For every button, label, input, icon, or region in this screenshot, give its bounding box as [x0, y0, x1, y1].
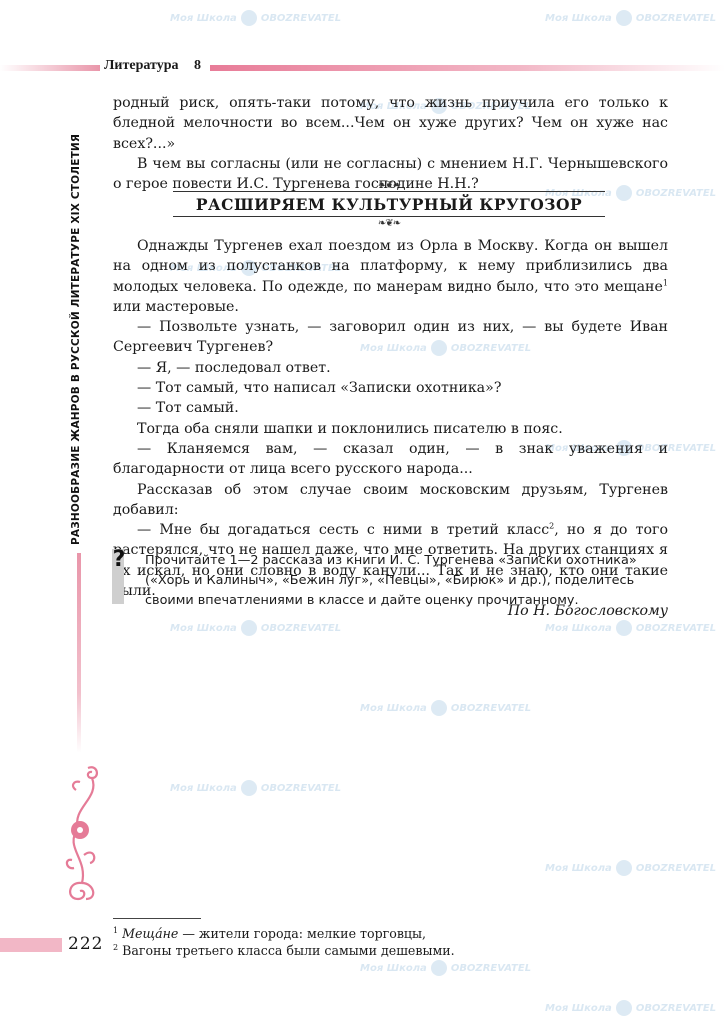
story-paragraph: — Тот самый, что написал «Записки охотни…	[113, 378, 668, 398]
story-paragraph: — Тот самый.	[113, 398, 668, 418]
watermark: Моя ШколаOBOZREVATEL	[170, 780, 341, 796]
ornament-top-icon: ❧❦❧	[378, 180, 400, 191]
story-paragraph: — Я, — последовал ответ.	[113, 358, 668, 378]
ornament-bottom-icon: ❧❦❧	[378, 218, 400, 229]
running-header: Литература 8	[0, 58, 725, 76]
page-number: 222	[68, 934, 103, 954]
chapter-side-title: РАЗНООБРАЗИЕ ЖАНРОВ В РУССКОЙ ЛИТЕРАТУРЕ…	[70, 125, 82, 545]
watermark: Моя ШколаOBOZREVATEL	[170, 10, 341, 26]
watermark: Моя ШколаOBOZREVATEL	[545, 1000, 716, 1016]
story-paragraph: Тогда оба сняли шапки и поклонились писа…	[113, 419, 668, 439]
grade-number: 8	[194, 58, 201, 74]
footnote-number: 2	[113, 943, 118, 952]
watermark: Моя ШколаOBOZREVATEL	[360, 700, 531, 716]
story-paragraph: — Позвольте узнать, — заговорил один из …	[113, 317, 668, 358]
footnote-text: — жители города: мелкие торговцы,	[178, 926, 426, 941]
story-paragraph: — Кланяемся вам, — сказал один, — в знак…	[113, 439, 668, 480]
question-icon: ?	[112, 547, 126, 572]
story-paragraph: Рассказав об этом случае своим московски…	[113, 480, 668, 521]
section-heading: ❧❦❧ РАСШИРЯЕМ КУЛЬТУРНЫЙ КРУГОЗОР ❧❦❧	[173, 180, 605, 226]
page-number-bar	[0, 938, 62, 952]
continuation-paragraph: родный риск, опять-таки потому, что жизн…	[113, 93, 668, 154]
footnote-term: Мещáне	[122, 926, 178, 941]
footnote-2: 2 Вагоны третьего класса были самыми деш…	[113, 942, 455, 959]
watermark: Моя ШколаOBOZREVATEL	[360, 960, 531, 976]
footnotes: 1 Мещáне — жители города: мелкие торговц…	[113, 925, 455, 959]
task-text: Прочитайте 1—2 рассказа из книги И. С. Т…	[145, 551, 675, 611]
text: — Мне бы догадаться сесть с ними в трети…	[137, 522, 549, 538]
section-title: РАСШИРЯЕМ КУЛЬТУРНЫЙ КРУГОЗОР	[173, 195, 605, 214]
story-paragraph: Однажды Тургенев ехал поездом из Орла в …	[113, 236, 668, 317]
watermark: Моя ШколаOBOZREVATEL	[545, 620, 716, 636]
footnote-1: 1 Мещáне — жители города: мелкие торговц…	[113, 925, 455, 942]
floral-ornament-icon	[58, 760, 108, 920]
footnote-ref-1[interactable]: 1	[663, 278, 668, 287]
book-title: Литература	[104, 58, 179, 74]
rule-top	[173, 191, 605, 192]
footnote-number: 1	[113, 926, 118, 935]
watermark: Моя ШколаOBOZREVATEL	[545, 10, 716, 26]
side-stripe	[77, 553, 81, 753]
rule-bottom	[173, 216, 605, 217]
footnote-text: Вагоны третьего класса были самыми дешев…	[122, 943, 455, 958]
watermark: Моя ШколаOBOZREVATEL	[545, 860, 716, 876]
footnote-rule	[113, 918, 201, 919]
text: или мастеровые.	[113, 299, 239, 315]
header-bar-left	[0, 65, 100, 71]
watermark: Моя ШколаOBOZREVATEL	[170, 620, 341, 636]
header-bar-right	[210, 65, 725, 71]
text: Однажды Тургенев ехал поездом из Орла в …	[113, 238, 668, 295]
